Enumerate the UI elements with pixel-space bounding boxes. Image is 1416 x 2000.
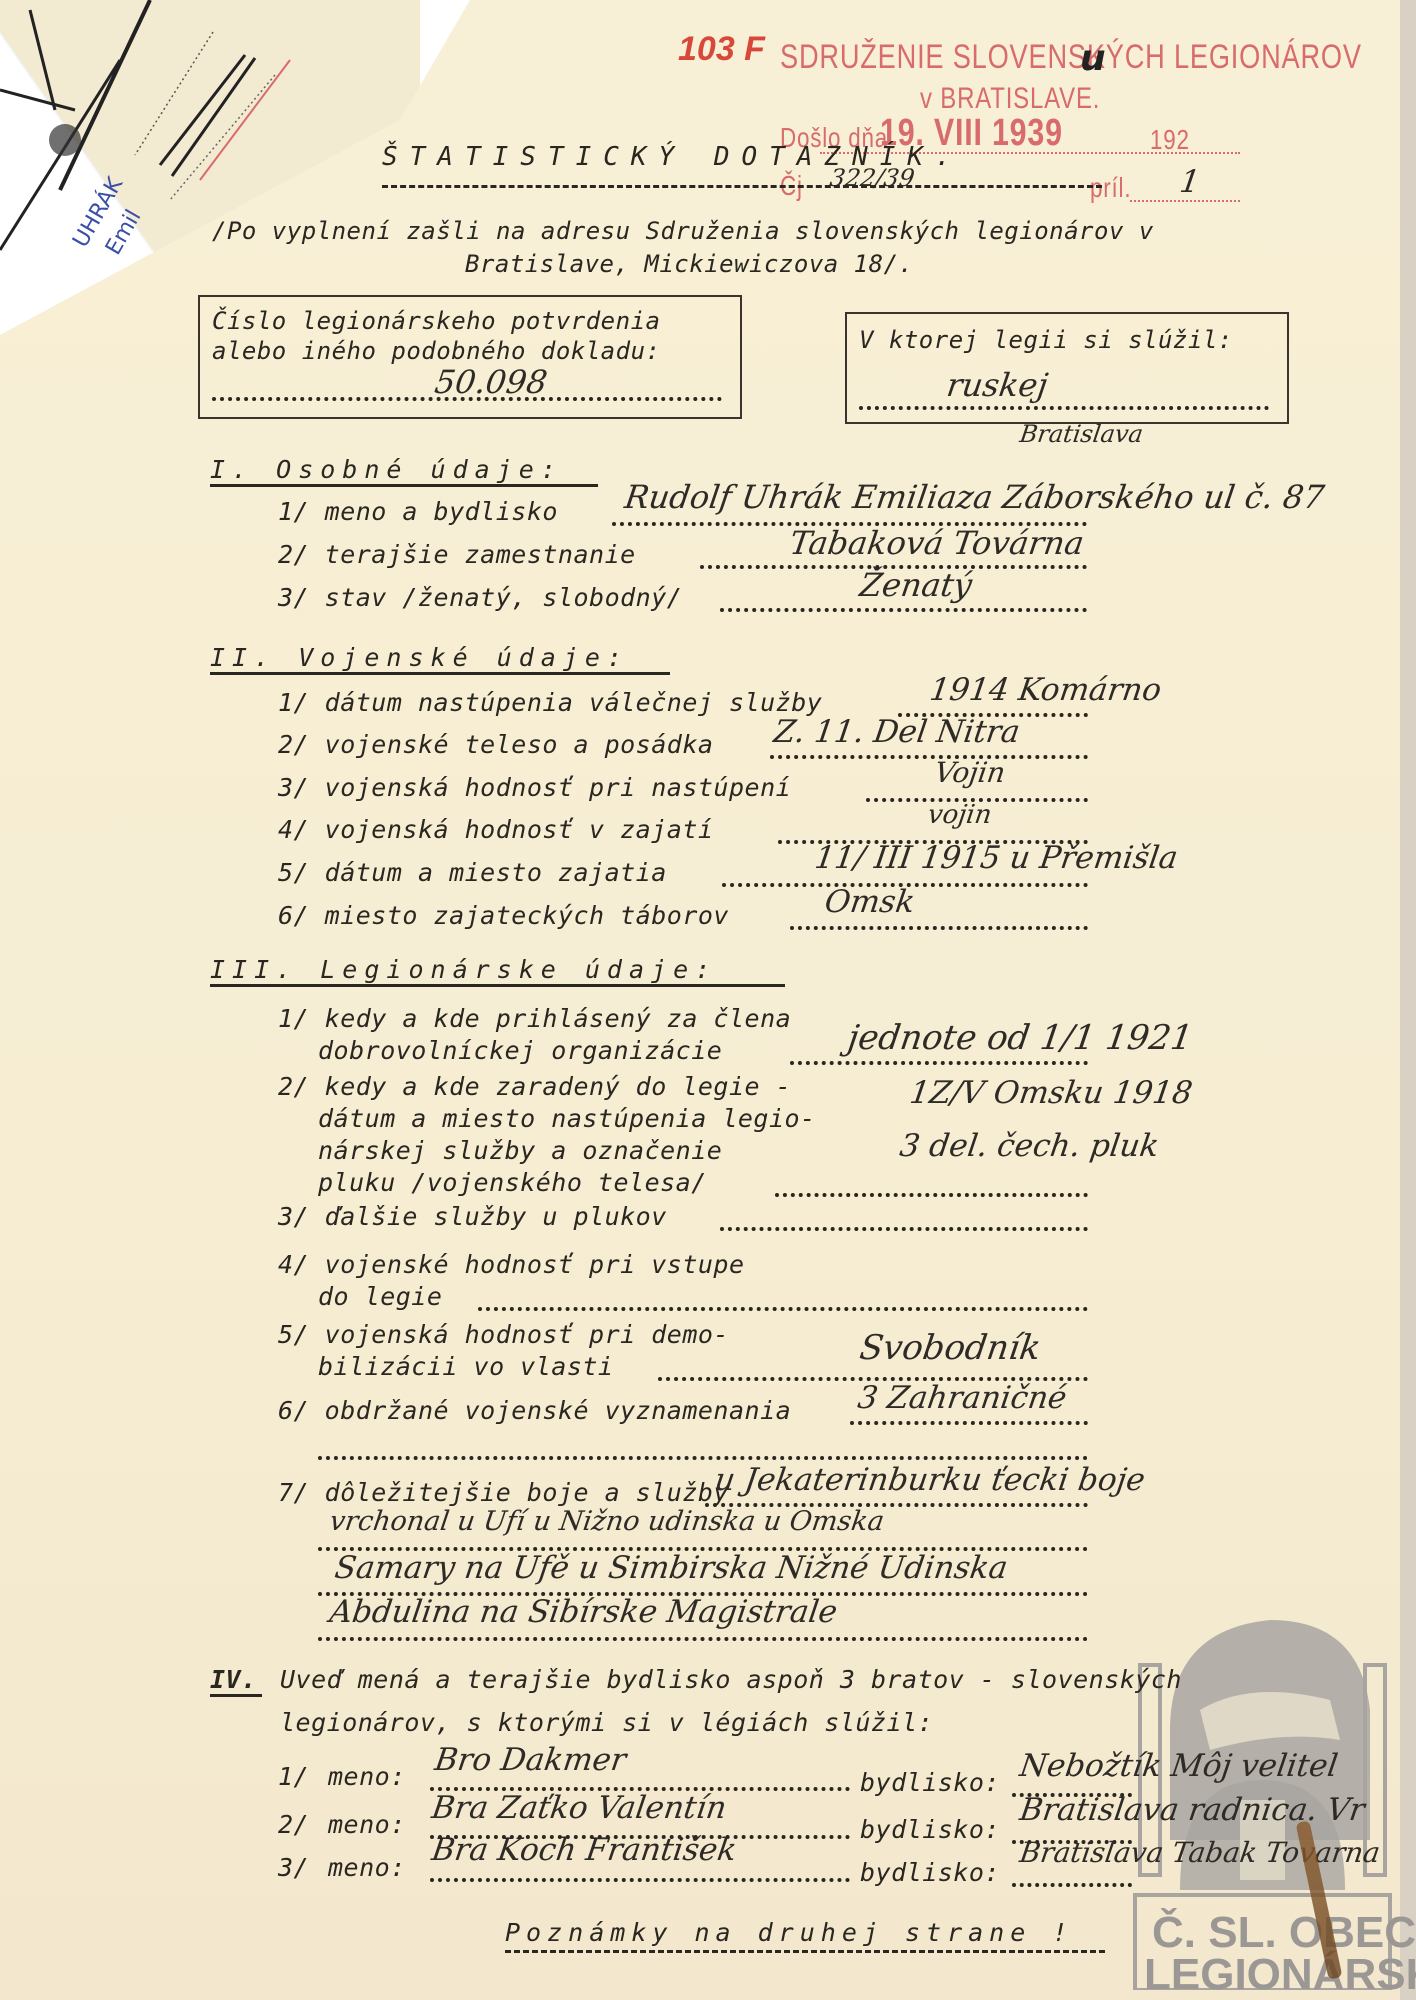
corner-mark: u <box>1080 38 1106 79</box>
s4-entry2-name-label: meno: <box>328 1810 406 1839</box>
s3-item6-label: 6/ obdržané vojenské vyznamenania <box>278 1396 791 1425</box>
s3-item7-line2[interactable]: vrchonal u Ufí u Nižno udinska u Omska <box>328 1506 886 1537</box>
s3-item5-label1: 5/ vojenská hodnosť pri demo- <box>278 1320 729 1349</box>
s2-item4-value[interactable]: vojin <box>926 800 994 830</box>
section4-heading-line1: Uveď mená a terajšie bydlisko aspoň 3 br… <box>280 1665 1182 1694</box>
s4-entry2-name[interactable]: Bra Zaťko Valentín <box>429 1790 728 1826</box>
legion-logo-watermark: Č. SL. OBEC LEGIONÁRSKA <box>1130 1590 1395 1990</box>
page-title: ŠTATISTICKÝ DOTAZNÍK. <box>382 142 963 172</box>
s3-item2-value2[interactable]: 3 del. čech. pluk <box>897 1128 1161 1164</box>
s1-item1-label: 1/ meno a bydlisko <box>278 497 558 526</box>
s3-item7-line4[interactable]: Abdulina na Sibírske Magistrale <box>327 1594 839 1630</box>
s1-item3-value[interactable]: Ženatý <box>857 566 974 604</box>
s2-item1-label: 1/ dátum nastúpenia válečnej služby <box>278 688 822 717</box>
instruction-line1: /Po vyplnení zašli na adresu Sdruženia s… <box>212 217 1154 245</box>
legion-note: Bratislava <box>1018 420 1145 448</box>
s3-item2-label2: dátum a miesto nastúpenia legio- <box>318 1104 816 1133</box>
box-left-label2: alebo iného podobného dokladu: <box>212 337 660 365</box>
s4-entry1-num: 1/ <box>278 1762 309 1791</box>
s3-item5-label2: bilizácii vo vlasti <box>318 1352 613 1381</box>
s4-entry3-name[interactable]: Bra Koch František <box>429 1832 738 1868</box>
s3-item4-label2: do legie <box>318 1282 442 1311</box>
s4-entry1-address-label: bydlisko: <box>860 1768 1000 1797</box>
section1-heading: I. Osobné údaje: <box>210 455 563 484</box>
s4-entry3-num: 3/ <box>278 1853 309 1882</box>
section4-heading-line2: legionárov, s ktorými si v légiách slúži… <box>280 1708 933 1737</box>
s3-item7-line1[interactable]: u Jekaterinburku ťecki boje <box>712 1462 1147 1498</box>
section4-number: IV. <box>210 1665 257 1694</box>
s4-entry1-name[interactable]: Bro Dakmer <box>432 1742 628 1778</box>
s4-entry3-name-label: meno: <box>328 1853 406 1882</box>
legion-box: V ktorej legii si slúžil: ruskej <box>845 312 1289 424</box>
s4-entry2-address[interactable]: Bratislava radnica. Vr <box>1017 1792 1366 1828</box>
s3-item2-value1[interactable]: 1Z/V Omsku 1918 <box>907 1075 1194 1111</box>
s4-entry1-name-label: meno: <box>328 1762 406 1791</box>
s3-item6-value[interactable]: 3 Zahraničné <box>855 1380 1068 1416</box>
legion-value[interactable]: ruskej <box>944 366 1050 404</box>
s3-item4-label1: 4/ vojenské hodnosť pri vstupe <box>278 1250 745 1279</box>
s1-item3-label: 3/ stav /ženatý, slobodný/ <box>278 583 682 612</box>
s3-item7-label: 7/ dôležitejšie boje a služby <box>278 1478 729 1507</box>
box-left-label1: Číslo legionárskeho potvrdenia <box>212 307 660 335</box>
box-right-label: V ktorej legii si slúžil: <box>859 326 1233 354</box>
s2-item3-label: 3/ vojenská hodnosť pri nastúpení <box>278 773 791 802</box>
s1-item2-label: 2/ terajšie zamestnanie <box>278 540 636 569</box>
s3-item7-line3[interactable]: Samary na Ufě u Simbirska Nižné Udinska <box>332 1550 1009 1586</box>
section3-heading: III. Legionárske údaje: <box>210 955 717 984</box>
s3-item1-value[interactable]: jednote od 1/1 1921 <box>845 1018 1195 1058</box>
s3-item2-label1: 2/ kedy a kde zaradený do legie - <box>278 1072 791 1101</box>
footer-note: Poznámky na druhej strane ! <box>505 1918 1073 1947</box>
s2-item4-label: 4/ vojenská hodnosť v zajatí <box>278 815 713 844</box>
s2-item1-value[interactable]: 1914 Komárno <box>927 672 1163 708</box>
questionnaire-sheet: 103 F SDRUŽENIE SLOVENSKÝCH LEGIONÁROV u… <box>0 0 1416 2000</box>
s4-entry3-address[interactable]: Bratislava Tabak Tovarna <box>1018 1836 1383 1869</box>
certificate-number-value[interactable]: 50.098 <box>432 363 549 401</box>
s3-item2-label3: nárskej služby a označenie <box>318 1136 722 1165</box>
s4-entry3-address-label: bydlisko: <box>860 1858 1000 1887</box>
s3-item3-label: 3/ ďalšie služby u plukov <box>278 1202 667 1231</box>
s4-entry2-address-label: bydlisko: <box>860 1815 1000 1844</box>
s3-item2-label4: pluku /vojenského telesa/ <box>318 1168 707 1197</box>
reference-number: 103 F <box>678 30 765 69</box>
s2-item5-value[interactable]: 11/ III 1915 u Přemišla <box>812 840 1180 876</box>
s1-item2-value[interactable]: Tabaková Továrna <box>787 524 1086 562</box>
s2-item3-value[interactable]: Vojin <box>933 756 1008 789</box>
s1-item1-value[interactable]: Rudolf Uhrák Emiliaza Záborského ul č. 8… <box>622 478 1326 516</box>
s2-item6-value[interactable]: Omsk <box>822 884 917 920</box>
watermark-line2: LEGIONÁRSKA <box>1144 1950 1416 2000</box>
stamp-org-line1: SDRUŽENIE SLOVENSKÝCH LEGIONÁROV <box>780 38 1362 77</box>
s3-item5-value[interactable]: Svobodník <box>857 1328 1043 1368</box>
s2-item2-label: 2/ vojenské teleso a posádka <box>278 730 713 759</box>
instruction-line2: Bratislave, Mickiewiczova 18/. <box>465 250 913 278</box>
s4-entry2-num: 2/ <box>278 1810 309 1839</box>
s3-item1-label1: 1/ kedy a kde prihlásený za člena <box>278 1004 791 1033</box>
stamp-org-line2: v BRATISLAVE. <box>920 82 1100 116</box>
section2-heading: II. Vojenské údaje: <box>210 643 629 672</box>
s2-item2-value[interactable]: Z. 11. Del Nitra <box>771 714 1022 750</box>
s3-item1-label2: dobrovolníckej organizácie <box>318 1036 722 1065</box>
certificate-number-box: Číslo legionárskeho potvrdenia alebo iné… <box>198 295 742 419</box>
s2-item5-label: 5/ dátum a miesto zajatia <box>278 858 667 887</box>
stamp-attachment-label: príl. <box>1090 172 1131 204</box>
s4-entry1-address[interactable]: Nebožtík Môj velitel <box>1017 1748 1340 1784</box>
s2-item6-label: 6/ miesto zajateckých táborov <box>278 901 729 930</box>
